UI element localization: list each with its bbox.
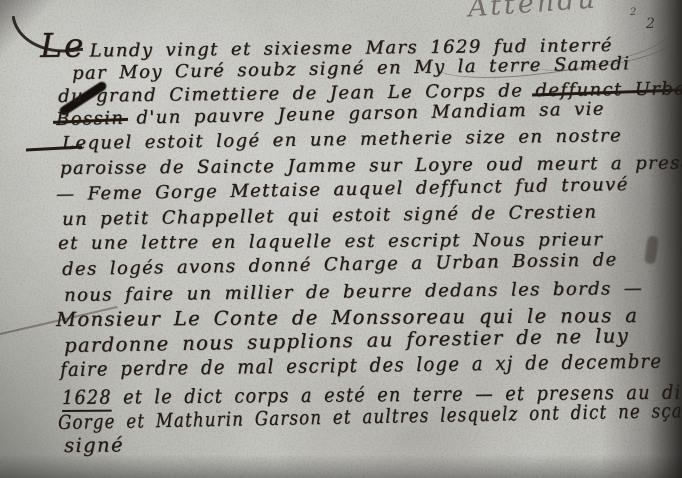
line-text: Lequel estoit logé en une metherie size … [62,125,622,154]
underlined-year: 1628 [62,386,112,412]
manuscript-line-8: un petit Chappellet qui estoit signé de … [62,202,598,230]
page-number: 2 [646,16,655,32]
manuscript-line-5: Lequel estoit logé en une metherie size … [62,125,622,154]
manuscript-line-7: — Feme Gorge Mettaise auquel deffunct fu… [56,174,629,205]
manuscript-line-17: signé [64,433,124,457]
signature-word: signé [64,433,124,457]
manuscript-line-10: des logés avons donné Charge a Urban Bos… [62,249,618,280]
struck-text: deffunct Urban [535,78,682,101]
ink-smudge [644,235,659,264]
manuscript-page: Attendu 2 2 LeLundy vingt et sixiesme Ma… [0,0,682,478]
line-text: des logés avons donné Charge a Urban Bos… [62,249,618,280]
page-number-small: 2 [630,7,636,18]
line-text: — Feme Gorge Mettaise auquel deffunct fu… [56,174,629,205]
line-text: nous faire un millier de beurre dedans l… [64,278,643,306]
struck-text: Bossin [56,108,125,130]
line-text: un petit Chappellet qui estoit signé de … [62,202,598,230]
drop-initial: Le [40,26,86,65]
manuscript-line-11: nous faire un millier de beurre dedans l… [64,278,643,306]
